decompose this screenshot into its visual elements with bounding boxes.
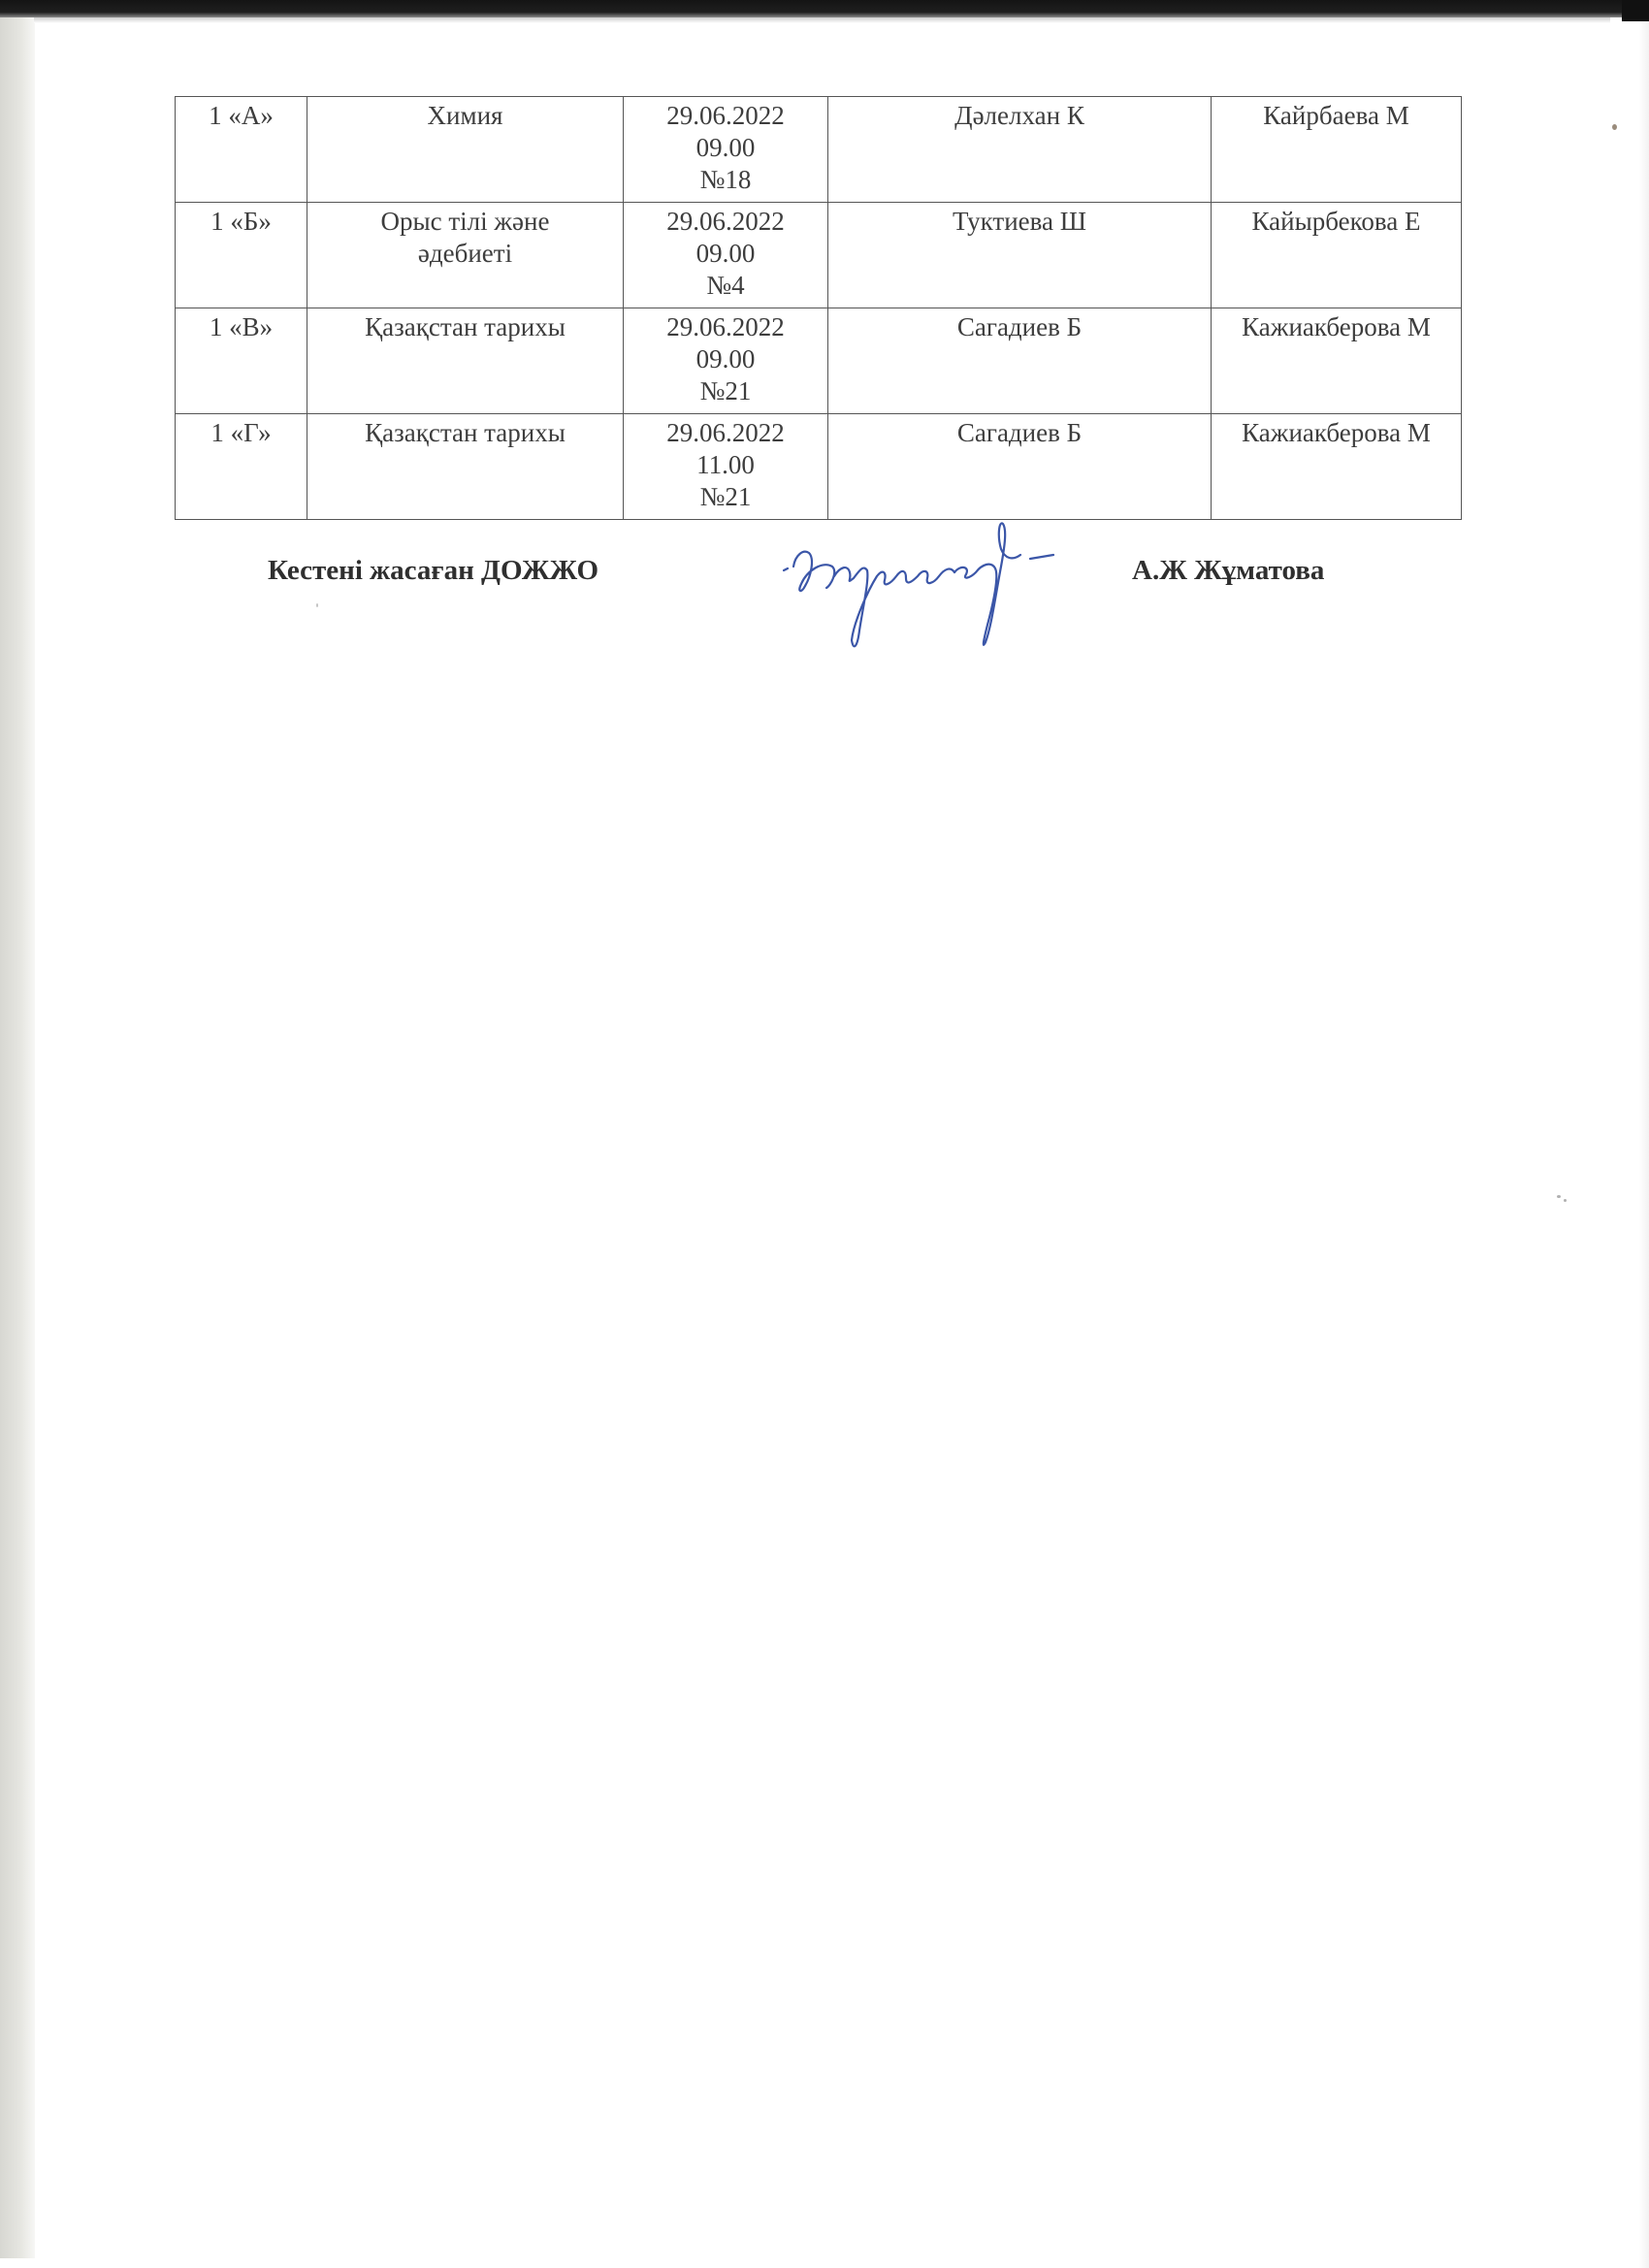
datetime-cell: 29.06.202209.00№4 bbox=[624, 203, 828, 308]
scan-speck bbox=[1612, 124, 1617, 130]
assistant-name: Кайырбекова Е bbox=[1215, 206, 1457, 238]
table-row: 1 «В»Қазақстан тарихы29.06.202209.00№21С… bbox=[176, 308, 1462, 414]
subject-name: Қазақстан тарихы bbox=[352, 311, 578, 343]
class-name: 1 «Б» bbox=[179, 206, 303, 238]
scan-top-edge bbox=[0, 0, 1649, 17]
exam-time: 09.00 bbox=[628, 343, 824, 375]
scan-right-edge bbox=[1639, 21, 1649, 2268]
exam-room: №4 bbox=[628, 270, 824, 302]
teacher-cell: Сагадиев Б bbox=[828, 414, 1212, 520]
teacher-name: Туктиева Ш bbox=[832, 206, 1207, 238]
scan-speck bbox=[316, 603, 318, 607]
subject-cell: Қазақстан тарихы bbox=[307, 308, 624, 414]
exam-room: №21 bbox=[628, 375, 824, 407]
assistant-cell: Кайырбекова Е bbox=[1212, 203, 1462, 308]
table-row: 1 «А»Химия29.06.202209.00№18Дәлелхан ККа… bbox=[176, 97, 1462, 203]
signature-block: Кестені жасаған ДОЖЖО А.Ж Жұматова bbox=[0, 553, 1649, 650]
scan-corner bbox=[1622, 0, 1649, 21]
scan-top-shadow bbox=[34, 17, 1610, 23]
subject-cell: Қазақстан тарихы bbox=[307, 414, 624, 520]
exam-schedule-table: 1 «А»Химия29.06.202209.00№18Дәлелхан ККа… bbox=[175, 96, 1462, 520]
teacher-cell: Сагадиев Б bbox=[828, 308, 1212, 414]
teacher-cell: Туктиева Ш bbox=[828, 203, 1212, 308]
subject-name: Химия bbox=[352, 100, 578, 132]
exam-date: 29.06.2022 bbox=[628, 417, 824, 449]
class-cell: 1 «Г» bbox=[176, 414, 307, 520]
scan-speck bbox=[1557, 1195, 1561, 1198]
table-row: 1 «Г»Қазақстан тарихы29.06.202211.00№21С… bbox=[176, 414, 1462, 520]
exam-room: №21 bbox=[628, 481, 824, 513]
assistant-cell: Кажиакберова М bbox=[1212, 308, 1462, 414]
scan-speck bbox=[1564, 1199, 1567, 1202]
datetime-cell: 29.06.202211.00№21 bbox=[624, 414, 828, 520]
table-row: 1 «Б»Орыс тілі және әдебиеті29.06.202209… bbox=[176, 203, 1462, 308]
class-cell: 1 «В» bbox=[176, 308, 307, 414]
subject-cell: Орыс тілі және әдебиеті bbox=[307, 203, 624, 308]
exam-date: 29.06.2022 bbox=[628, 206, 824, 238]
class-name: 1 «В» bbox=[179, 311, 303, 343]
assistant-name: Кажиакберова М bbox=[1215, 417, 1457, 449]
teacher-name: Дәлелхан К bbox=[832, 100, 1207, 132]
handwritten-signature bbox=[776, 516, 1125, 662]
exam-time: 09.00 bbox=[628, 238, 824, 270]
signatory-position: Кестені жасаған ДОЖЖО bbox=[268, 555, 598, 587]
subject-name: Қазақстан тарихы bbox=[352, 417, 578, 449]
class-cell: 1 «Б» bbox=[176, 203, 307, 308]
exam-date: 29.06.2022 bbox=[628, 100, 824, 132]
signatory-name: А.Ж Жұматова bbox=[1132, 555, 1324, 587]
assistant-name: Кажиакберова М bbox=[1215, 311, 1457, 343]
teacher-name: Сагадиев Б bbox=[832, 417, 1207, 449]
assistant-name: Кайрбаева М bbox=[1215, 100, 1457, 132]
subject-cell: Химия bbox=[307, 97, 624, 203]
assistant-cell: Кажиакберова М bbox=[1212, 414, 1462, 520]
class-cell: 1 «А» bbox=[176, 97, 307, 203]
teacher-name: Сагадиев Б bbox=[832, 311, 1207, 343]
exam-time: 11.00 bbox=[628, 449, 824, 481]
class-name: 1 «А» bbox=[179, 100, 303, 132]
exam-room: №18 bbox=[628, 164, 824, 196]
exam-time: 09.00 bbox=[628, 132, 824, 164]
datetime-cell: 29.06.202209.00№21 bbox=[624, 308, 828, 414]
subject-name: Орыс тілі және әдебиеті bbox=[352, 206, 578, 270]
exam-date: 29.06.2022 bbox=[628, 311, 824, 343]
class-name: 1 «Г» bbox=[179, 417, 303, 449]
datetime-cell: 29.06.202209.00№18 bbox=[624, 97, 828, 203]
scan-left-edge bbox=[0, 17, 35, 2258]
teacher-cell: Дәлелхан К bbox=[828, 97, 1212, 203]
assistant-cell: Кайрбаева М bbox=[1212, 97, 1462, 203]
schedule-body: 1 «А»Химия29.06.202209.00№18Дәлелхан ККа… bbox=[176, 97, 1462, 520]
